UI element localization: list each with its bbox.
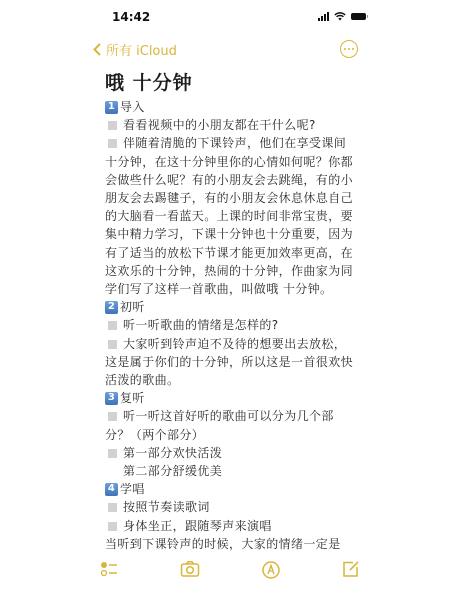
list-item: 听一听这首好听的歌曲可以分为几个部分？（两个部分） <box>105 407 353 443</box>
section-heading: 3 复听 <box>105 389 353 407</box>
number-badge-icon: 3 <box>105 392 118 405</box>
section-heading: 2 初听 <box>105 298 353 316</box>
number-badge-icon: 2 <box>105 301 118 314</box>
bullet-square-icon <box>108 522 117 531</box>
list-item: 听一听歌曲的情绪是怎样的? <box>105 316 353 334</box>
bullet-square-icon <box>108 121 117 130</box>
back-button[interactable]: 所有 iCloud <box>93 40 177 59</box>
checklist-icon <box>100 560 120 578</box>
camera-icon <box>180 560 200 578</box>
list-item: 伴随着清脆的下课铃声，他们在享受课间十分钟，在这十分钟里你的心情如何呢？你都会做… <box>105 134 353 298</box>
back-label: 所有 iCloud <box>106 40 177 59</box>
status-time: 14:42 <box>112 10 150 24</box>
checklist-button[interactable] <box>100 560 120 582</box>
number-badge-icon: 1 <box>105 101 118 114</box>
section-heading: 1 导入 <box>105 98 353 116</box>
bottom-toolbar <box>0 556 457 586</box>
trailing-text: 当听到下课铃声的时候，大家的情绪一定是 <box>105 535 353 553</box>
status-bar: 14:42 <box>0 0 457 36</box>
more-options-button[interactable] <box>340 40 358 58</box>
list-item: 看看视频中的小朋友都在干什么呢? <box>105 116 353 134</box>
list-item: 身体坐正，跟随琴声来演唱 <box>105 517 353 535</box>
note-title: 哦 十分钟 <box>105 68 353 92</box>
nav-bar: 所有 iCloud <box>0 38 457 62</box>
cellular-signal-icon <box>318 12 329 21</box>
list-item: 按照节奏读歌词 <box>105 498 353 516</box>
list-item: 大家听到铃声迫不及待的想要出去放松，这是属于你们的十分钟，所以这是一首很欢快活泼… <box>105 335 353 390</box>
bullet-square-icon <box>108 449 117 458</box>
battery-icon <box>351 13 366 20</box>
status-icons <box>318 12 366 21</box>
ellipsis-icon <box>344 48 346 50</box>
section-heading: 4 学唱 <box>105 480 353 498</box>
compose-icon <box>341 560 361 578</box>
bullet-square-icon <box>108 340 117 349</box>
number-badge-icon: 4 <box>105 483 118 496</box>
chevron-left-icon <box>93 43 101 56</box>
bullet-square-icon <box>108 321 117 330</box>
wifi-icon <box>334 12 346 21</box>
markup-icon <box>261 560 281 580</box>
camera-button[interactable] <box>180 560 200 582</box>
bullet-square-icon <box>108 503 117 512</box>
list-subitem: 第二部分舒缓优美 <box>105 462 353 480</box>
list-item: 第一部分欢快活泼 <box>105 444 353 462</box>
markup-button[interactable] <box>261 560 281 584</box>
note-body[interactable]: 哦 十分钟 1 导入 看看视频中的小朋友都在干什么呢? 伴随着清脆的下课铃声，他… <box>105 68 353 553</box>
compose-button[interactable] <box>341 560 361 582</box>
bullet-square-icon <box>108 139 117 148</box>
bullet-square-icon <box>108 412 117 421</box>
